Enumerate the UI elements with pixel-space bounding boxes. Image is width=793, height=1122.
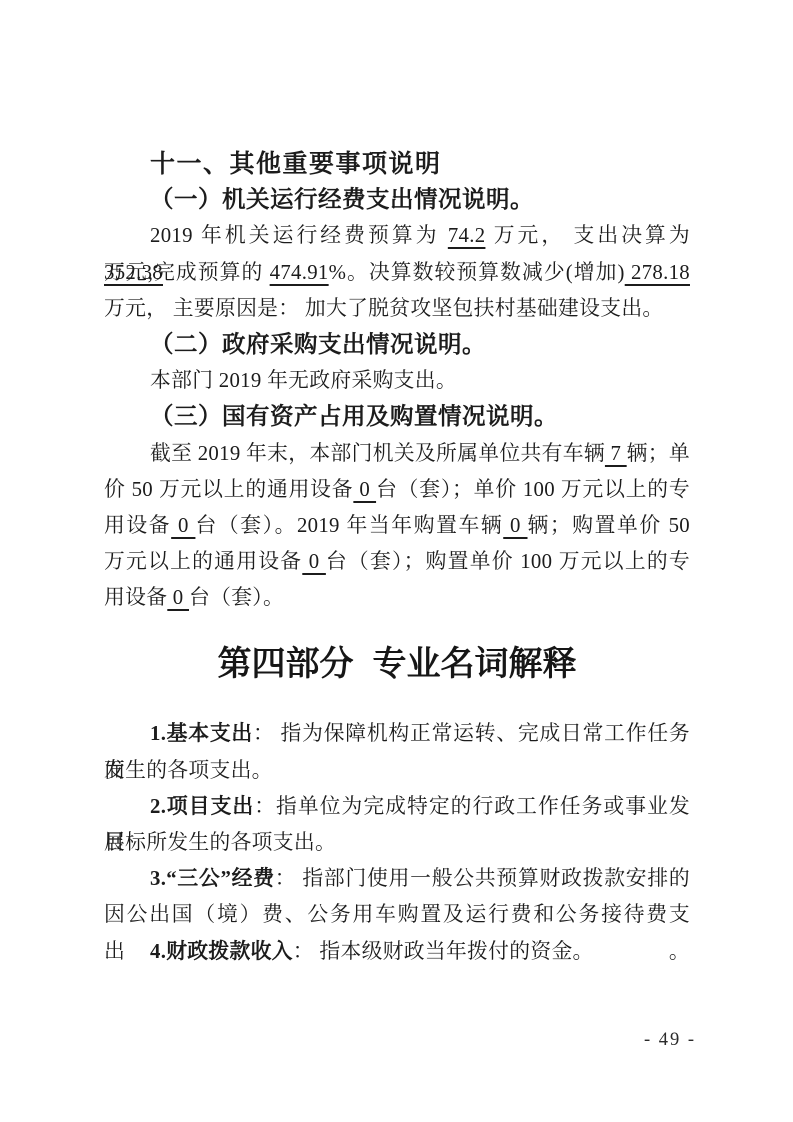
text-line: 万元,完成预算的 474.91%。决算数较预算数减少(增加) 278.18 [104, 255, 690, 291]
text-segment: 2019 年机关运行经费预算为 [150, 224, 448, 247]
text-segment: 辆；购置单价 50 [528, 514, 691, 537]
underlined-value: 0 [171, 514, 195, 537]
paragraph-state-assets: 截至 2019 年末，本部门机关及所属单位共有车辆 7 辆；单价 50 万元以上… [104, 436, 690, 617]
text-segment: 辆；单 [627, 442, 690, 465]
text-line: 万元以上的通用设备 0 台（套）；购置单价 100 万元以上的专 [104, 544, 690, 580]
text-segment: 发生的各项支出。 [104, 759, 273, 782]
underlined-value: 0 [167, 586, 189, 609]
text-line: 2019 年机关运行经费预算为 74.2 万元， 支出决算为 352.38 [104, 218, 690, 254]
underlined-value: 474.91 [270, 261, 329, 284]
subsection-heading-1: （一）机关运行经费支出情况说明。 [104, 182, 690, 218]
text-segment: 万元， 主要原因是： 加大了脱贫攻坚包扶村基础建设支出。 [104, 297, 664, 320]
text-segment: %。决算数较预算数减少(增加) [329, 261, 625, 284]
text-segment: 本部门 2019 年无政府采购支出。 [150, 369, 457, 392]
underlined-value: 74.2 [448, 224, 486, 247]
underlined-value: 0 [353, 478, 376, 501]
text-segment: 用设备 [104, 514, 171, 537]
text-line: 价 50 万元以上的通用设备 0 台（套）；单价 100 万元以上的专 [104, 472, 690, 508]
text-line: 用设备 0 台（套）。2019 年当年购置车辆 0 辆；购置单价 50 [104, 508, 690, 544]
text-segment: 用设备 [104, 586, 167, 609]
underlined-value: 278.18 [625, 261, 690, 284]
text-segment: 1.基本支出 [150, 722, 253, 745]
text-line: 用设备 0 台（套）。 [104, 580, 690, 616]
section-heading-11: 十一、其他重要事项说明 [104, 146, 690, 182]
text-line: 目标所发生的各项支出。 [104, 825, 690, 861]
page-number: - 49 - [644, 1030, 696, 1051]
text-line: 本部门 2019 年无政府采购支出。 [104, 363, 690, 399]
text-segment: 万元以上的通用设备 [104, 550, 302, 573]
text-segment: 万元,完成预算的 [104, 261, 270, 284]
part4-heading: 第四部分 专业名词解释 [104, 643, 690, 686]
text-segment: 2.项目支出 [150, 795, 254, 818]
underlined-value: 0 [503, 514, 527, 537]
text-line: 发生的各项支出。 [104, 753, 690, 789]
subsection-heading-2: （二）政府采购支出情况说明。 [104, 327, 690, 363]
underlined-value: 7 [605, 442, 627, 465]
text-segment: 台（套）。2019 年当年购置车辆 [195, 514, 503, 537]
text-segment: 目标所发生的各项支出。 [104, 831, 336, 854]
text-segment: ： 指本级财政当年拨付的资金。 [293, 940, 594, 963]
text-segment: 台（套）；单价 100 万元以上的专 [376, 478, 690, 501]
text-line: 3.“三公”经费： 指部门使用一般公共预算财政拨款安排的 [104, 861, 690, 897]
text-line: 2.项目支出：指单位为完成特定的行政工作任务或事业发展 [104, 789, 690, 825]
text-line: 1.基本支出： 指为保障机构正常运转、完成日常工作任务而 [104, 716, 690, 752]
text-segment: 价 50 万元以上的通用设备 [104, 478, 353, 501]
subsection-heading-3: （三）国有资产占用及购置情况说明。 [104, 399, 690, 435]
text-line: 万元， 主要原因是： 加大了脱贫攻坚包扶村基础建设支出。 [104, 291, 690, 327]
underlined-value: 0 [302, 550, 326, 573]
document-page: 十一、其他重要事项说明 （一）机关运行经费支出情况说明。 2019 年机关运行经… [0, 0, 793, 1122]
text-segment: 3.“三公”经费 [150, 867, 275, 890]
document-body: 十一、其他重要事项说明 （一）机关运行经费支出情况说明。 2019 年机关运行经… [104, 146, 690, 970]
paragraph-procurement: 本部门 2019 年无政府采购支出。 [104, 363, 690, 399]
text-segment: 截至 2019 年末，本部门机关及所属单位共有车辆 [150, 442, 605, 465]
terms-list: 1.基本支出： 指为保障机构正常运转、完成日常工作任务而发生的各项支出。2.项目… [104, 716, 690, 969]
text-segment: 万元， 支出决算为 [485, 224, 690, 247]
text-line: 截至 2019 年末，本部门机关及所属单位共有车辆 7 辆；单 [104, 436, 690, 472]
paragraph-operating-expenses: 2019 年机关运行经费预算为 74.2 万元， 支出决算为 352.38万元,… [104, 218, 690, 327]
text-segment: 台（套）；购置单价 100 万元以上的专 [326, 550, 690, 573]
text-line: 因公出国（境）费、公务用车购置及运行费和公务接待费支出。 [104, 897, 690, 933]
text-segment: ： 指部门使用一般公共预算财政拨款安排的 [275, 867, 690, 890]
text-segment: 台（套）。 [189, 586, 284, 609]
text-segment: 4.财政拨款收入 [150, 940, 293, 963]
